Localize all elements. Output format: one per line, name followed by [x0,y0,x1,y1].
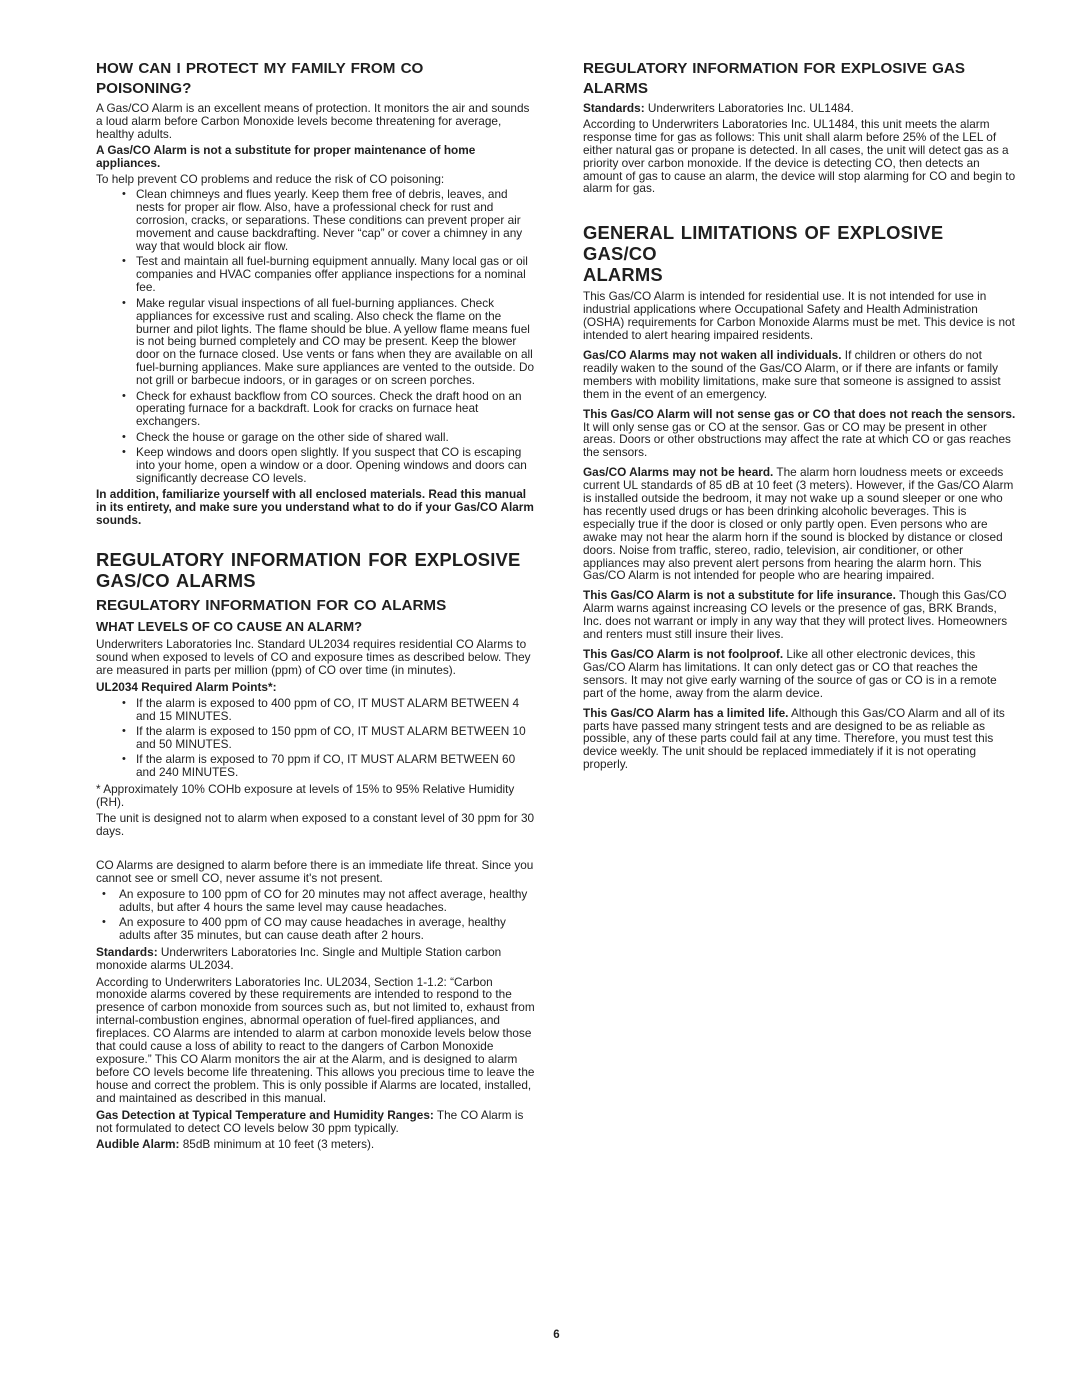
will-not-sense-text: It will only sense gas or CO at the sens… [583,420,1011,460]
list-item: Check the house or garage on the other s… [136,431,537,444]
paragraph-standards-ul1484: Standards: Underwriters Laboratories Inc… [583,102,1017,115]
list-item: An exposure to 400 ppm of CO may cause h… [119,916,537,942]
paragraph-ul2034-intro: Underwriters Laboratories Inc. Standard … [96,638,537,677]
heading-regulatory-explosive-gas: REGULATORY INFORMATION FOR EXPLOSIVE GAS… [583,59,1017,98]
standards-label: Standards: [96,945,158,959]
list-item: Check for exhaust backflow from CO sourc… [136,390,537,429]
list-item: Clean chimneys and flues yearly. Keep th… [136,188,537,253]
paragraph-residential-use: This Gas/CO Alarm is intended for reside… [583,290,1017,342]
list-item: Keep windows and doors open slightly. If… [136,446,537,485]
paragraph-30ppm: The unit is designed not to alarm when e… [96,812,537,838]
left-column: HOW CAN I PROTECT MY FAMILY FROM CO POIS… [96,59,537,1154]
paragraph-not-substitute: A Gas/CO Alarm is not a substitute for p… [96,144,537,170]
list-item: Test and maintain all fuel-burning equip… [136,255,537,294]
paragraph-will-not-sense: This Gas/CO Alarm will not sense gas or … [583,408,1017,460]
exposure-list: An exposure to 100 ppm of CO for 20 minu… [96,888,537,942]
paragraph-life-insurance: This Gas/CO Alarm is not a substitute fo… [583,589,1017,641]
heading-regulatory-co: REGULATORY INFORMATION FOR CO ALARMS [96,596,537,616]
may-not-be-heard-text: The alarm horn loudness meets or exceeds… [583,465,1013,582]
may-not-waken-label: Gas/CO Alarms may not waken all individu… [583,348,842,362]
paragraph-prevent-intro: To help prevent CO problems and reduce t… [96,173,537,186]
will-not-sense-label: This Gas/CO Alarm will not sense gas or … [583,407,1015,421]
heading-regulatory-explosive-gas-co: REGULATORY INFORMATION FOR EXPLOSIVE GAS… [96,549,537,591]
alarm-points-list: If the alarm is exposed to 400 ppm of CO… [96,697,537,779]
heading-what-levels: WHAT LEVELS OF CO CAUSE AN ALARM? [96,619,537,635]
paragraph-cohb-note: * Approximately 10% COHb exposure at lev… [96,783,537,809]
right-column: REGULATORY INFORMATION FOR EXPLOSIVE GAS… [583,59,1017,778]
paragraph-design-alarm: CO Alarms are designed to alarm before t… [96,859,537,885]
heading-general-limitations: GENERAL LIMITATIONS OF EXPLOSIVE GAS/CO … [583,222,1017,285]
paragraph-according-ul1484: According to Underwriters Laboratories I… [583,118,1017,195]
paragraph-familiarize: In addition, familiarize yourself with a… [96,488,537,527]
list-item: If the alarm is exposed to 70 ppm if CO,… [136,753,537,779]
paragraph-may-not-waken: Gas/CO Alarms may not waken all individu… [583,349,1017,401]
prevention-list: Clean chimneys and flues yearly. Keep th… [96,188,537,484]
standards-text: Underwriters Laboratories Inc. UL1484. [645,101,854,115]
list-item: Make regular visual inspections of all f… [136,297,537,387]
paragraph-not-foolproof: This Gas/CO Alarm is not foolproof. Like… [583,648,1017,700]
paragraph-may-not-be-heard: Gas/CO Alarms may not be heard. The alar… [583,466,1017,582]
limited-life-label: This Gas/CO Alarm has a limited life. [583,706,788,720]
audible-alarm-text: 85dB minimum at 10 feet (3 meters). [179,1137,374,1151]
paragraph-alarm-points-label: UL2034 Required Alarm Points*: [96,681,537,694]
standards-label: Standards: [583,101,645,115]
page-number: 6 [96,1329,1017,1341]
manual-page: HOW CAN I PROTECT MY FAMILY FROM CO POIS… [0,0,1080,1397]
heading-how-protect-family: HOW CAN I PROTECT MY FAMILY FROM CO POIS… [96,59,537,98]
paragraph-audible-alarm: Audible Alarm: 85dB minimum at 10 feet (… [96,1138,537,1151]
gas-detection-label: Gas Detection at Typical Temperature and… [96,1108,434,1122]
list-item: If the alarm is exposed to 400 ppm of CO… [136,697,537,723]
standards-text: Underwriters Laboratories Inc. Single an… [96,945,501,972]
list-item: An exposure to 100 ppm of CO for 20 minu… [119,888,537,914]
paragraph-protect-intro: A Gas/CO Alarm is an excellent means of … [96,102,537,141]
paragraph-gas-detection: Gas Detection at Typical Temperature and… [96,1109,537,1135]
may-not-be-heard-label: Gas/CO Alarms may not be heard. [583,465,773,479]
paragraph-according-ul2034: According to Underwriters Laboratories I… [96,976,537,1105]
paragraph-limited-life: This Gas/CO Alarm has a limited life. Al… [583,707,1017,772]
life-insurance-label: This Gas/CO Alarm is not a substitute fo… [583,588,896,602]
paragraph-standards-ul2034: Standards: Underwriters Laboratories Inc… [96,946,537,972]
audible-alarm-label: Audible Alarm: [96,1137,179,1151]
not-foolproof-label: This Gas/CO Alarm is not foolproof. [583,647,783,661]
list-item: If the alarm is exposed to 150 ppm of CO… [136,725,537,751]
